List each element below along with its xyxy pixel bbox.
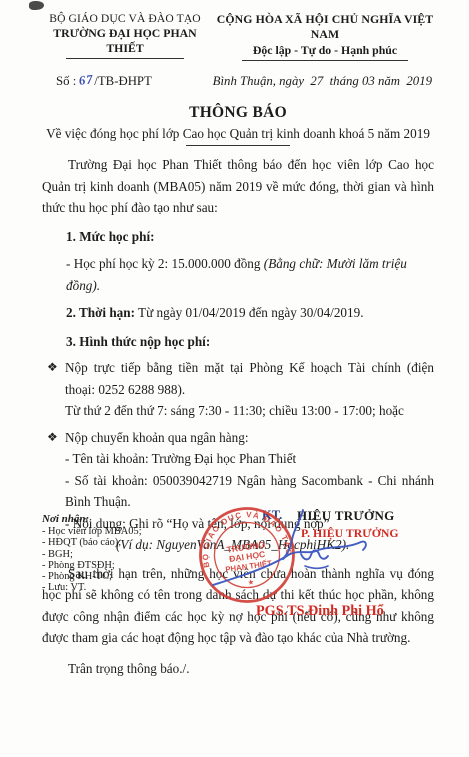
document-header: BỘ GIÁO DỤC VÀ ĐÀO TẠO TRƯỜNG ĐẠI HỌC PH… — [42, 12, 434, 61]
section-3-heading: 3. Hình thức nộp học phí: — [42, 331, 434, 353]
recipients-heading: Nơi nhận: — [42, 513, 212, 526]
header-left-underline — [66, 58, 184, 59]
transfer-method-body: Nộp chuyển khoản qua ngân hàng: — [65, 427, 434, 449]
cash-office-hours: Từ thứ 2 đến thứ 7: sáng 7:30 - 11:30; c… — [65, 400, 434, 422]
number-label: Số : — [56, 74, 76, 88]
number-suffix: /TB-ĐHPT — [94, 74, 152, 88]
recipient-item: - BGH; — [42, 549, 212, 560]
intro-paragraph: Trường Đại học Phan Thiết thông báo đến … — [42, 154, 434, 219]
transfer-method-text: Nộp chuyển khoản qua ngân hàng: — [65, 427, 434, 449]
ministry-line: BỘ GIÁO DỤC VÀ ĐÀO TẠO — [36, 12, 214, 25]
cash-method-text: Nộp trực tiếp bằng tiền mặt tại Phòng Kế… — [65, 357, 434, 400]
payment-method-cash: ❖ Nộp trực tiếp bằng tiền mặt tại Phòng … — [42, 357, 434, 422]
section-1-heading: 1. Mức học phí: — [42, 226, 434, 248]
issuing-org-block: BỘ GIÁO DỤC VÀ ĐÀO TẠO TRƯỜNG ĐẠI HỌC PH… — [36, 12, 214, 61]
section-2-line: 2. Thời hạn: Từ ngày 01/04/2019 đến ngày… — [42, 302, 434, 324]
recipients-block: Nơi nhận: - Học viên lớp MBA05; - HĐQT (… — [42, 513, 212, 594]
cash-method-body: Nộp trực tiếp bằng tiền mặt tại Phòng Kế… — [65, 357, 434, 422]
diamond-bullet-icon: ❖ — [47, 427, 65, 449]
document-title: THÔNG BÁO — [42, 104, 434, 122]
university-line: TRƯỜNG ĐẠI HỌC PHAN THIẾT — [36, 26, 214, 56]
recipient-item: - Phòng KH-TC; — [42, 571, 212, 582]
diamond-bullet-icon: ❖ — [47, 357, 65, 422]
national-motto-block: CỘNG HÒA XÃ HỘI CHỦ NGHĨA VIỆT NAM Độc l… — [216, 12, 434, 61]
payment-method-transfer: ❖ Nộp chuyển khoản qua ngân hàng: — [42, 427, 434, 449]
header-right-underline — [242, 60, 408, 61]
subtitle-underline — [186, 145, 290, 146]
handwritten-number: 67 — [79, 72, 96, 89]
bank-account-name: - Tên tài khoản: Trường Đại học Phan Thi… — [65, 448, 434, 470]
country-line: CỘNG HÒA XÃ HỘI CHỦ NGHĨA VIỆT NAM — [216, 12, 434, 42]
recipient-item: - Phòng ĐTSĐH; — [42, 560, 212, 571]
number-date-row: Số : 67/TB-ĐHPT Bình Thuận, ngày 27 thán… — [42, 74, 434, 89]
deadline-text: Từ ngày 01/04/2019 đến ngày 30/04/2019. — [135, 305, 364, 320]
handwritten-signature — [193, 504, 393, 596]
signer-name: PGS.TS.Đinh Phi Hổ — [256, 603, 384, 620]
scanned-announcement-document: BỘ GIÁO DỤC VÀ ĐÀO TẠO TRƯỜNG ĐẠI HỌC PH… — [0, 0, 469, 757]
motto-line: Độc lập - Tự do - Hạnh phúc — [216, 43, 434, 58]
recipient-item: - Lưu: VT. — [42, 582, 212, 593]
document-subtitle: Về việc đóng học phí lớp Cao học Quản tr… — [42, 126, 434, 142]
document-number: Số : 67/TB-ĐHPT — [56, 74, 152, 89]
recipient-item: - Học viên lớp MBA05; — [42, 526, 212, 537]
place-date-line: Bình Thuận, ngày 27 tháng 03 năm 2019 — [213, 74, 432, 89]
section-2-heading: 2. Thời hạn: — [66, 305, 135, 320]
fee-amount-text: - Học phí học kỳ 2: 15.000.000 đồng — [66, 256, 264, 271]
scan-artifact-smudge — [29, 1, 44, 10]
recipient-item: - HĐQT (báo cáo); — [42, 537, 212, 548]
signature-zone: Nơi nhận: - Học viên lớp MBA05; - HĐQT (… — [0, 500, 469, 757]
section-1-item: - Học phí học kỳ 2: 15.000.000 đồng (Bằn… — [66, 253, 434, 296]
